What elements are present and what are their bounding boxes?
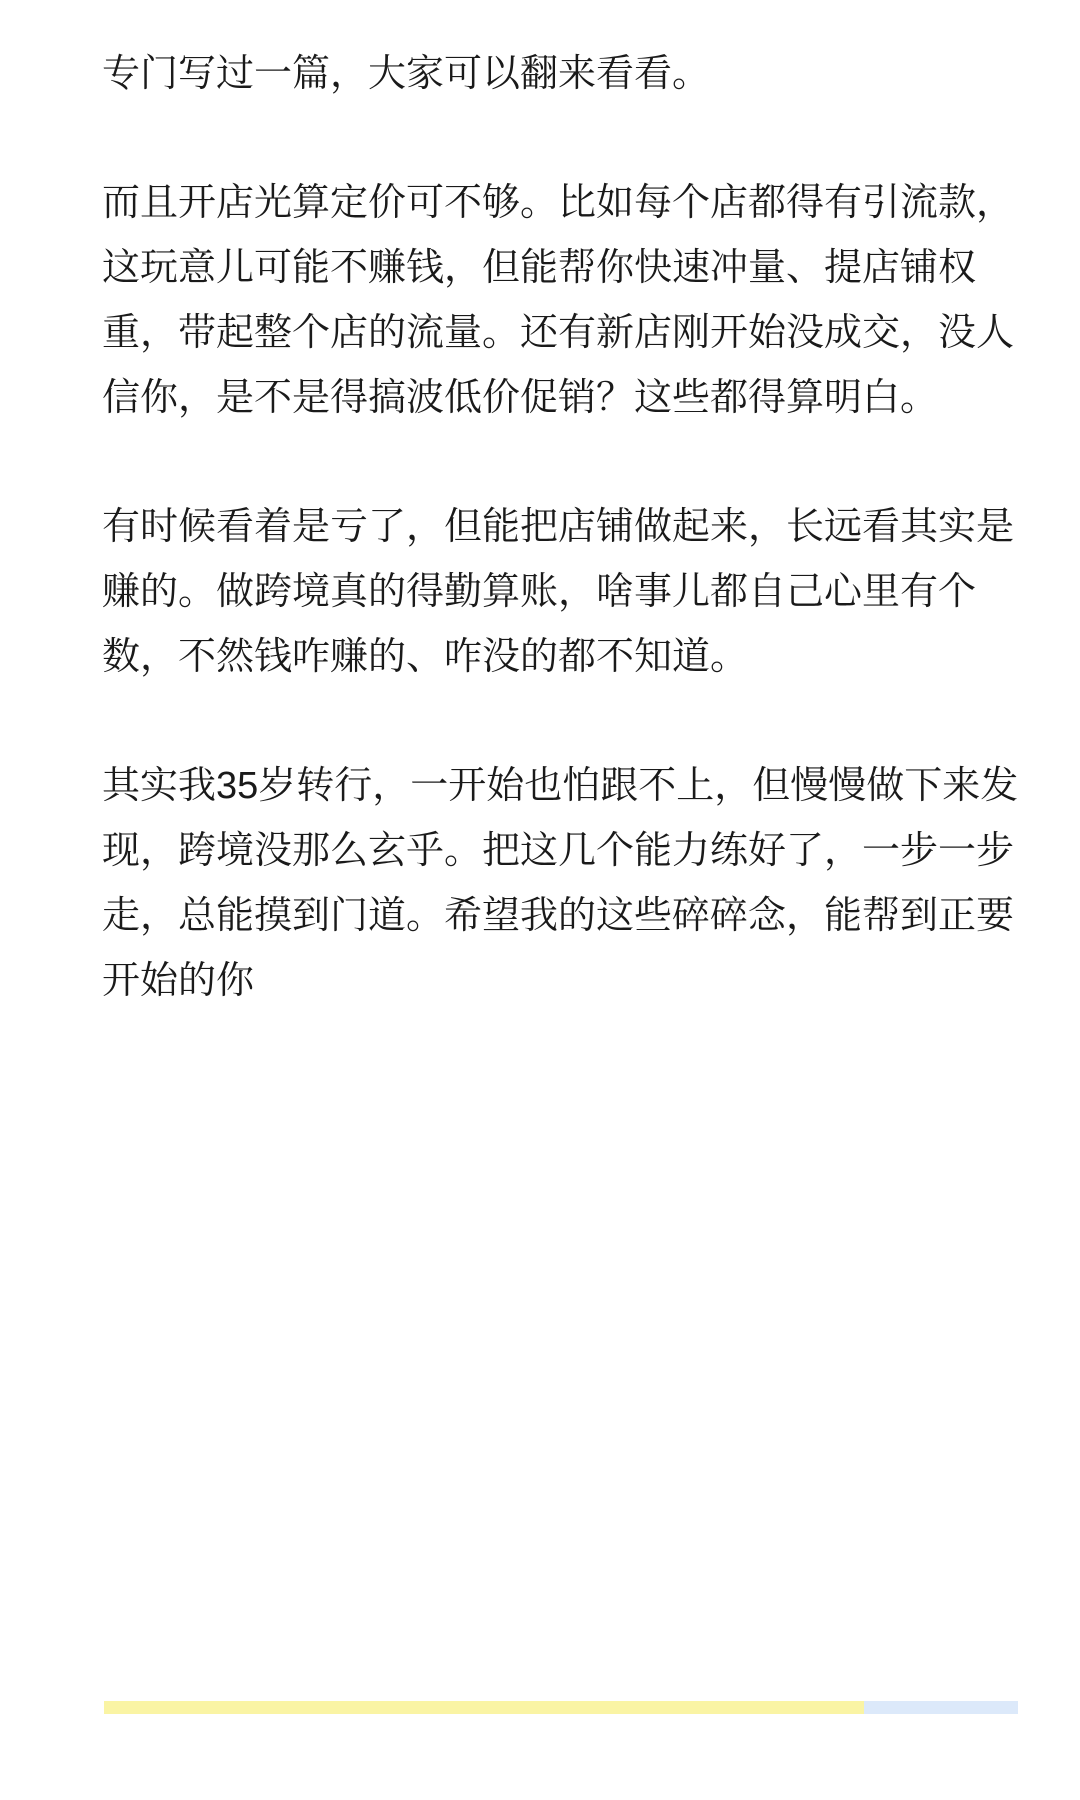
text-line: 开始的你 bbox=[102, 949, 1018, 1014]
highlight-blue-segment bbox=[864, 1701, 1018, 1714]
text-line: 信你，是不是得搞波低价促销？这些都得算明白。 bbox=[102, 366, 1018, 431]
text-line: 数，不然钱咋赚的、咋没的都不知道。 bbox=[102, 625, 1018, 690]
text-line: 这玩意儿可能不赚钱，但能帮你快速冲量、提店铺权 bbox=[102, 236, 1018, 301]
text-line: 而且开店光算定价可不够。比如每个店都得有引流款， bbox=[102, 171, 1018, 236]
text-line: 走，总能摸到门道。希望我的这些碎碎念，能帮到正要 bbox=[102, 884, 1018, 949]
highlight-yellow-segment bbox=[104, 1701, 864, 1714]
text-line: 其实我35岁转行，一开始也怕跟不上，但慢慢做下来发 bbox=[102, 754, 1018, 819]
paragraph: 专门写过一篇，大家可以翻来看看。 bbox=[102, 42, 1018, 107]
paragraph: 其实我35岁转行，一开始也怕跟不上，但慢慢做下来发 现，跨境没那么玄乎。把这几个… bbox=[102, 754, 1018, 1014]
text-line: 专门写过一篇，大家可以翻来看看。 bbox=[102, 42, 1018, 107]
article-body: 专门写过一篇，大家可以翻来看看。 而且开店光算定价可不够。比如每个店都得有引流款… bbox=[0, 0, 1080, 1014]
paragraph: 而且开店光算定价可不够。比如每个店都得有引流款， 这玩意儿可能不赚钱，但能帮你快… bbox=[102, 171, 1018, 431]
text-line: 重，带起整个店的流量。还有新店刚开始没成交，没人 bbox=[102, 301, 1018, 366]
text-line: 现，跨境没那么玄乎。把这几个能力练好了，一步一步 bbox=[102, 819, 1018, 884]
text-line: 有时候看着是亏了，但能把店铺做起来，长远看其实是 bbox=[102, 495, 1018, 560]
reading-highlight-bar bbox=[104, 1701, 1018, 1714]
paragraph: 有时候看着是亏了，但能把店铺做起来，长远看其实是 赚的。做跨境真的得勤算账，啥事… bbox=[102, 495, 1018, 690]
page: { "page": { "background_color": "#ffffff… bbox=[0, 0, 1080, 1800]
text-line: 赚的。做跨境真的得勤算账，啥事儿都自己心里有个 bbox=[102, 560, 1018, 625]
